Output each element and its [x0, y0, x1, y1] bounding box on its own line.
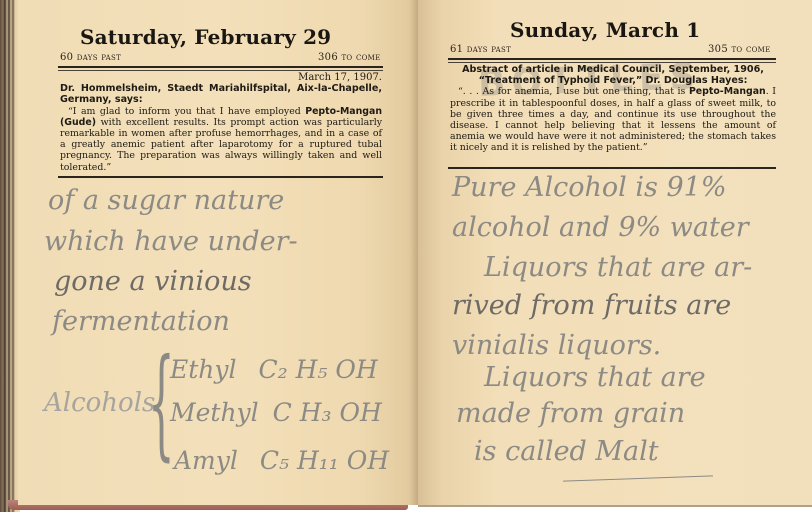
- right-days-to-come: 305 to come: [708, 44, 771, 55]
- right-handwriting-line-4: rived from fruits are: [452, 290, 731, 321]
- open-diary-book: Saturday, February 29 60 days past 306 t…: [0, 0, 812, 512]
- right-article-body: “. . . As for anemia, I use but one thin…: [450, 86, 776, 153]
- right-handwriting-line-5: vinialis liquors.: [452, 330, 661, 361]
- right-article-heading-1: Abstract of article in Medical Council, …: [450, 64, 776, 75]
- pencil-underline-stroke: [563, 475, 713, 481]
- alcohols-label: Alcohols: [44, 388, 155, 418]
- left-article: March 17, 1907. Dr. Hommelsheim, Staedt …: [60, 72, 382, 173]
- left-days-to-come: 306 to come: [318, 52, 381, 63]
- right-article-heading-2: “Treatment of Typhoid Fever,” Dr. Dougla…: [450, 75, 776, 86]
- alcohol-amyl-name: Amyl: [174, 446, 238, 475]
- alcohol-amyl-formula: C₅ H₁₁ OH: [260, 446, 389, 475]
- alcohol-methyl: Methyl C H₃ OH: [170, 398, 382, 427]
- left-article-heading: Dr. Hommelsheim, Staedt Mariahilfspital,…: [60, 83, 382, 105]
- alcohol-ethyl-formula: C₂ H₅ OH: [258, 355, 377, 384]
- right-handwriting-line-3: Liquors that are ar-: [484, 252, 752, 283]
- left-day-title: Saturday, February 29: [80, 25, 331, 49]
- left-article-rule: [58, 176, 383, 178]
- left-page: Saturday, February 29 60 days past 306 t…: [18, 0, 418, 505]
- alcohol-amyl: Amyl C₅ H₁₁ OH: [174, 446, 389, 475]
- left-handwriting-line-3: gone a vinious: [54, 266, 252, 297]
- right-handwriting-line-6: Liquors that are: [484, 362, 706, 393]
- alcohol-ethyl-name: Ethyl: [170, 355, 237, 384]
- left-days-past: 60 days past: [60, 52, 121, 63]
- left-article-text-cont: with excellent results. Its prompt actio…: [60, 117, 382, 173]
- book-cover-edge: [0, 0, 20, 512]
- right-handwriting-line-1: Pure Alcohol is 91%: [452, 172, 726, 203]
- left-article-body: “I am glad to inform you that I have emp…: [60, 106, 382, 173]
- right-article: Abstract of article in Medical Council, …: [450, 64, 776, 154]
- right-days-past: 61 days past: [450, 44, 511, 55]
- right-article-text: “. . . As for anemia, I use but one thin…: [458, 86, 689, 97]
- alcohol-methyl-name: Methyl: [170, 398, 259, 427]
- right-handwriting-line-7: made from grain: [456, 398, 685, 429]
- left-handwriting-line-4: fermentation: [52, 306, 230, 337]
- left-article-date: March 17, 1907.: [60, 72, 382, 83]
- right-article-product: Pepto-Mangan: [689, 86, 766, 97]
- left-header-rule: [58, 66, 383, 68]
- alcohol-ethyl: Ethyl C₂ H₅ OH: [170, 355, 378, 384]
- right-article-rule: [448, 167, 776, 169]
- alcohol-methyl-formula: C H₃ OH: [273, 398, 382, 427]
- left-handwriting-line-1: of a sugar nature: [48, 185, 284, 216]
- left-article-text: “I am glad to inform you that I have emp…: [68, 106, 305, 117]
- right-handwriting-line-8: is called Malt: [474, 436, 659, 467]
- right-day-title: Sunday, March 1: [510, 18, 700, 42]
- right-handwriting-line-2: alcohol and 9% water: [452, 212, 749, 243]
- left-handwriting-line-2: which have under-: [44, 226, 298, 257]
- left-header-rule-thin: [58, 70, 383, 71]
- right-page: Sunday, March 1 61 days past 305 to come…: [418, 0, 812, 507]
